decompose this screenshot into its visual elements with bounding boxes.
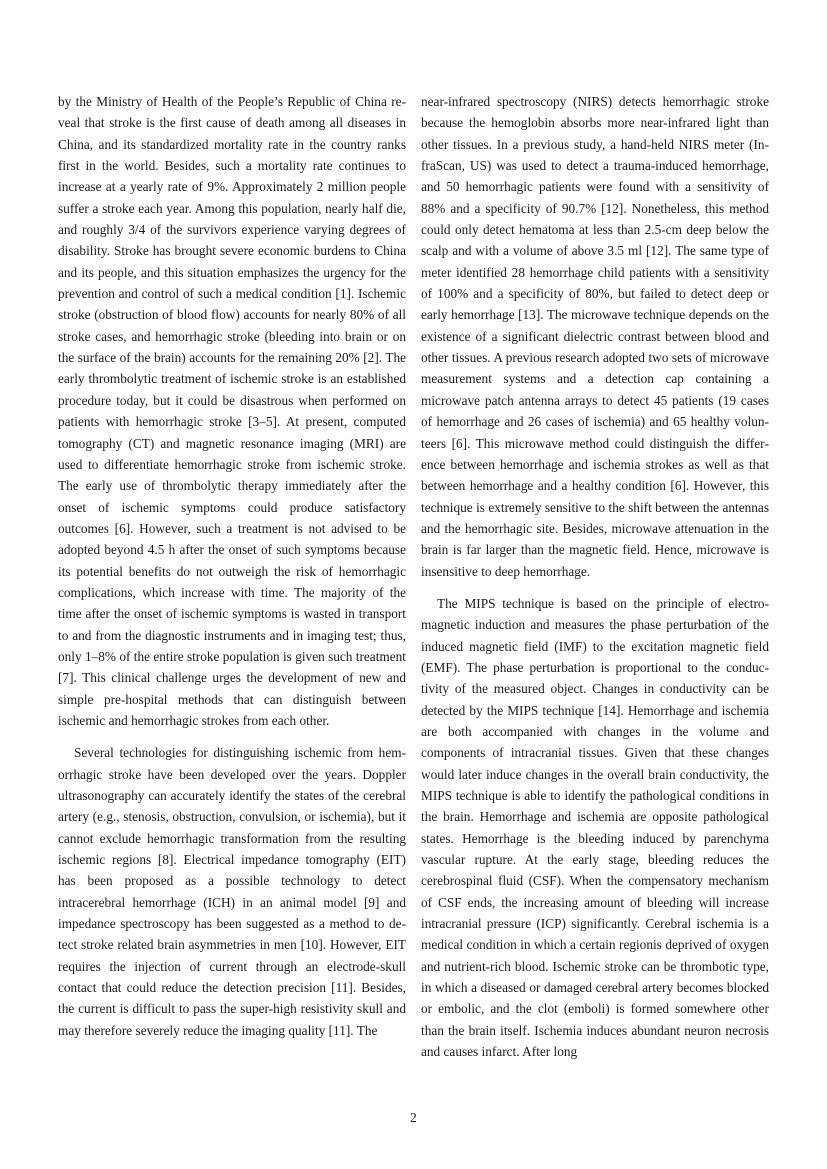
page-body: by the Ministry of Health of the People’…	[58, 91, 769, 1062]
paragraph-mips-technique: The MIPS technique is based on the princ…	[421, 593, 769, 1063]
paragraph-nirs-microwave: near-infrared spectroscopy (NIRS) detect…	[421, 91, 769, 582]
left-column: by the Ministry of Health of the People’…	[58, 91, 406, 1062]
page-number: 2	[0, 1110, 827, 1126]
two-column-layout: by the Ministry of Health of the People’…	[58, 91, 769, 1062]
right-column: near-infrared spectroscopy (NIRS) detect…	[421, 91, 769, 1062]
paragraph-stroke-statistics: by the Ministry of Health of the People’…	[58, 91, 406, 731]
paragraph-detection-technologies: Several technologies for distinguishing …	[58, 742, 406, 1041]
